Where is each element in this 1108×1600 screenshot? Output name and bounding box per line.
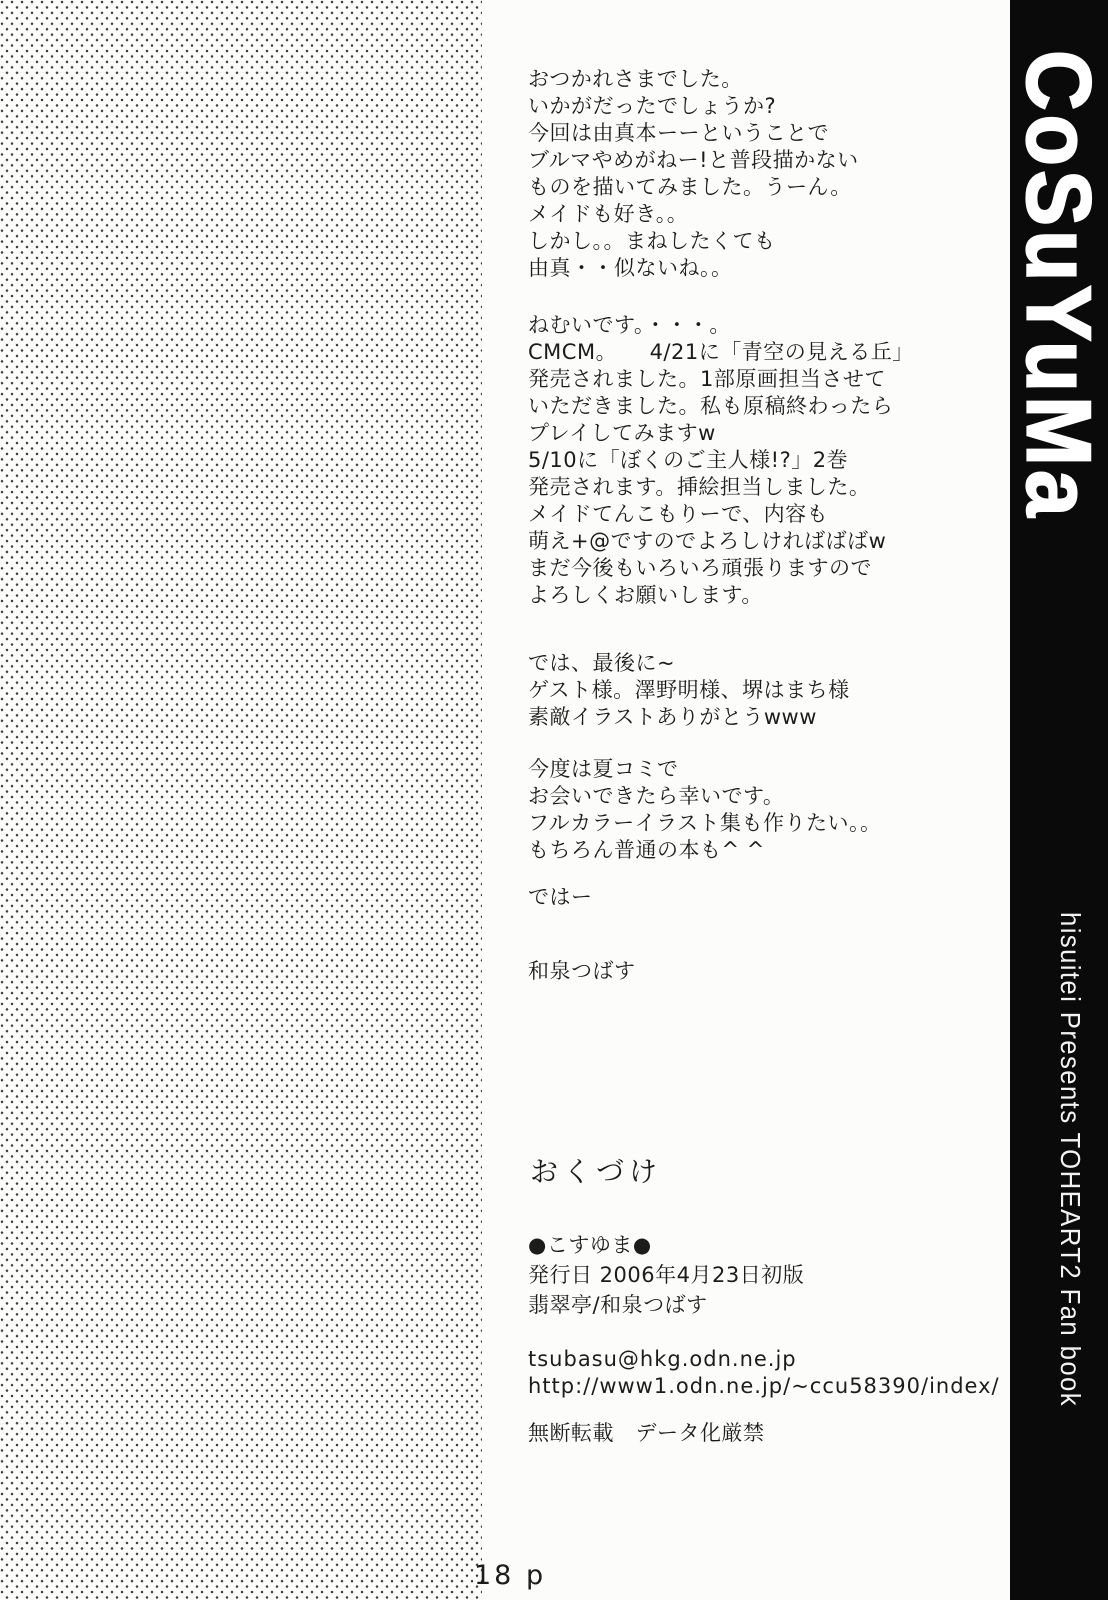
spine-title-vertical: CoSuYuMa — [1013, 50, 1104, 521]
halftone-dot-pattern — [0, 0, 482, 1600]
spine-subtitle-vertical: hisuitei Presents TOHEART2 Fan book — [1056, 912, 1084, 1407]
author-name: 和泉つばす — [528, 958, 636, 985]
afterword-signoff: ではー — [528, 884, 593, 911]
afterword-paragraph-3-guest-thanks: では、最後に~ ゲスト様。澤野明様、堺はまち様 素敵イラストありがとうwww — [528, 650, 850, 731]
spine-black-bar: CoSuYuMa hisuitei Presents TOHEART2 Fan … — [1010, 0, 1108, 1600]
afterword-paragraph-4-future-plans: 今度は夏コミで お会いできたら幸いです。 フルカラーイラスト集も作りたい。。 も… — [528, 756, 882, 864]
colophon-publication-info: ●こすゆま● 発行日 2006年4月23日初版 翡翠亭/和泉つばす — [528, 1230, 804, 1320]
afterword-paragraph-1: おつかれさまでした。 いかがだったでしょうか? 今回は由真本ーーということで ブ… — [528, 66, 859, 282]
afterword-paragraph-2: ねむいです。・・・。 CMCM。 4/21に「青空の見える丘」 発売されました。… — [528, 312, 914, 609]
colophon-contact-info: tsubasu@hkg.odn.ne.jp http://www1.odn.ne… — [528, 1346, 1000, 1400]
colophon-reprint-notice: 無断転載 データ化厳禁 — [528, 1420, 765, 1447]
page-number: 18 p — [474, 1560, 546, 1591]
colophon-heading: おくづけ — [530, 1150, 662, 1190]
